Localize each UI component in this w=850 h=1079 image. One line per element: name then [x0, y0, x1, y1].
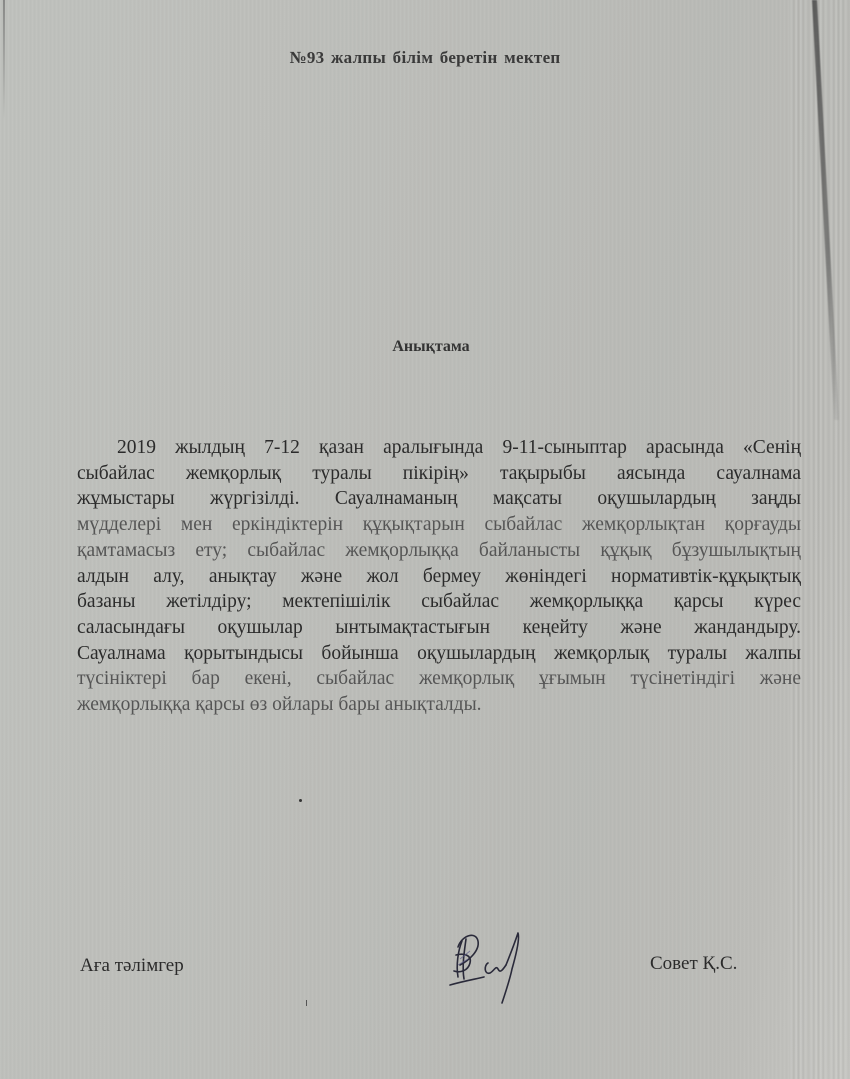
scanned-document-page: №93 жалпы білім беретін мектеп Анықтама … — [0, 0, 850, 1079]
body-paragraph: 2019 жылдың 7-12 қазан аралығында 9-11-с… — [77, 435, 801, 718]
body-line-7: базаны жетілдіру; мектепішілік сыбайлас … — [77, 589, 801, 615]
signatory-name: Совет Қ.С. — [650, 953, 737, 975]
body-line-2: сыбайлас жемқорлық туралы пікірің» тақыр… — [77, 461, 801, 487]
stray-ink-mark — [306, 1000, 307, 1006]
body-line-10: түсініктері бар екені, сыбайлас жемқорлы… — [77, 666, 801, 692]
stray-ink-dot — [299, 799, 302, 802]
body-line-9: Сауалнама қорытындысы бойынша оқушыларды… — [77, 641, 801, 667]
body-line-8: саласындағы оқушылар ынтымақтастығын кең… — [77, 615, 801, 641]
body-line-4: мүдделері мен еркіндіктерін құқықтарын с… — [77, 512, 801, 538]
handwritten-signature-icon — [440, 925, 540, 1005]
school-name-header: №93 жалпы білім беретін мектеп — [0, 48, 850, 68]
body-line-5: қамтамасыз ету; сыбайлас жемқорлыққа бай… — [77, 538, 801, 564]
body-line-3: жұмыстары жүргізілді. Сауалнаманың мақса… — [77, 486, 801, 512]
body-line-1: 2019 жылдың 7-12 қазан аралығында 9-11-с… — [77, 435, 801, 461]
document-title: Анықтама — [0, 338, 850, 356]
signatory-role: Аға тәлімгер — [80, 955, 184, 977]
body-line-11: жемқорлыққа қарсы өз ойлары бары анықтал… — [77, 692, 801, 718]
body-line-6: алдын алу, анықтау және жол бермеу жөнін… — [77, 564, 801, 590]
